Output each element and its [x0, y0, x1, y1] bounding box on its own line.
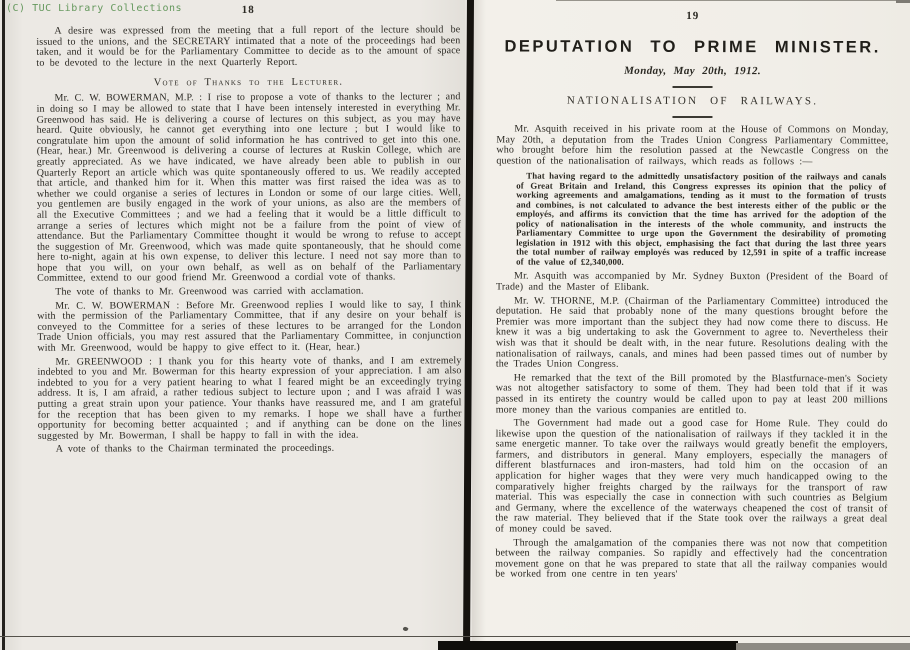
section-heading: Vote of Thanks to the Lecturer.: [36, 77, 460, 89]
right-page-text-column: 19 DEPUTATION TO PRIME MINISTER. Monday,…: [495, 9, 888, 581]
paragraph: Mr. C. W. BOWERMAN, M.P. : I rise to pro…: [37, 93, 462, 285]
divider-rule: [672, 116, 712, 118]
paragraph: The Government had made out a good case …: [495, 419, 887, 537]
sub-heading: NATIONALISATION OF RAILWAYS.: [496, 94, 888, 107]
paragraph: He remarked that the text of the Bill pr…: [496, 373, 888, 416]
paragraph: Mr. C. W. BOWERMAN : Before Mr. Greenwoo…: [37, 300, 461, 354]
right-page-number: 19: [497, 9, 889, 22]
paragraph: Mr. GREENWOOD : I thank you for this hea…: [37, 356, 461, 442]
resolution-blockquote: That having regard to the admittedly uns…: [516, 172, 886, 268]
scan-bottom-shadow: [438, 641, 738, 650]
scan-bottom-line: [0, 636, 910, 637]
paragraph: Mr. W. THORNE, M.P. (Chairman of the Par…: [496, 296, 888, 371]
scanned-book-spread: 18 A desire was expressed from the meeti…: [0, 0, 910, 650]
page-title: DEPUTATION TO PRIME MINISTER.: [497, 37, 889, 57]
scan-top-edge-line: [556, 0, 910, 1]
divider-rule: [673, 86, 713, 88]
scan-bottom-shadow-light: [736, 643, 910, 650]
paragraph: A desire was expressed from the meeting …: [36, 25, 460, 69]
paragraph: A vote of thanks to the Chairman termina…: [38, 444, 462, 456]
right-page: 19 DEPUTATION TO PRIME MINISTER. Monday,…: [472, 0, 910, 650]
library-watermark: (C) TUC Library Collections: [6, 3, 182, 14]
scan-left-edge: [2, 0, 5, 650]
paragraph: Mr. Asquith was accompanied by Mr. Sydne…: [496, 272, 888, 294]
paragraph: The vote of thanks to Mr. Greenwood was …: [37, 286, 461, 298]
scan-top-corner-mark: [896, 0, 910, 3]
paragraph: Through the amalgamation of the companie…: [495, 538, 887, 581]
date-line: Monday, May 20th, 1912.: [497, 64, 889, 77]
left-page-text-column: 18 A desire was expressed from the meeti…: [36, 3, 462, 455]
left-page: 18 A desire was expressed from the meeti…: [5, 0, 465, 650]
paragraph: Mr. Asquith received in his private room…: [496, 124, 888, 167]
